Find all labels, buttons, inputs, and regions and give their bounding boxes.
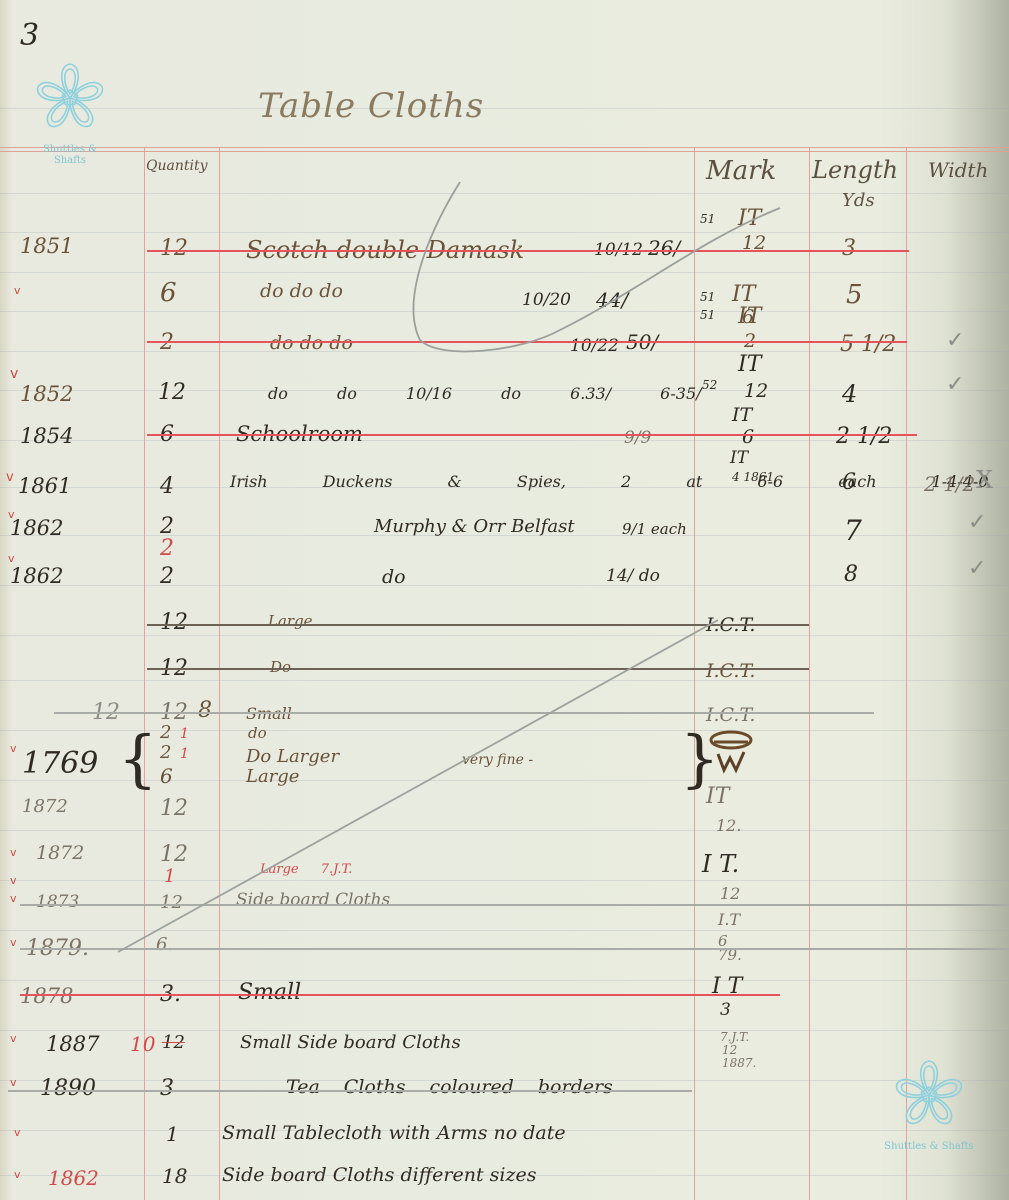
ruling	[0, 272, 1009, 273]
check-mark-icon: v	[10, 936, 17, 949]
column-header-length: Length	[812, 156, 898, 184]
column-header-mark: Mark	[706, 156, 776, 186]
cross-mark-icon: X	[976, 466, 993, 494]
entry-mark-number: 12	[720, 884, 740, 903]
entry-width: 2 1/2	[924, 472, 975, 496]
check-mark-icon: v	[14, 284, 21, 297]
strikethrough	[20, 948, 1009, 950]
entry-description: Side board Cloths different sizes	[222, 1164, 536, 1186]
entry-length: 5 1/2	[840, 332, 896, 357]
entry-description: do	[248, 724, 267, 742]
crest-mark-icon	[708, 730, 768, 776]
entry-year: 1890	[40, 1076, 96, 1101]
strikethrough	[147, 668, 809, 670]
check-mark-icon: v	[14, 1168, 21, 1181]
entry-quantity: 2	[160, 742, 171, 763]
entry-mark: 7.J.T.	[720, 1030, 749, 1044]
entry-length: 6	[842, 470, 856, 495]
entry-quantity: 3	[160, 1076, 174, 1101]
entry-description: Side board Cloths	[236, 890, 390, 910]
entry-description: do do 10/16 do 6.33/ 6-35/	[268, 384, 702, 403]
entry-quantity: 6	[160, 278, 177, 308]
width-check-mark-icon: ✓	[968, 510, 986, 535]
column-rule-quantity-right	[219, 147, 220, 1200]
entry-description: do do do	[260, 280, 343, 302]
entry-length: 4	[842, 380, 857, 408]
entry-mark: I.C.T.	[706, 660, 755, 682]
width-check-mark-icon: ✓	[968, 556, 986, 581]
entry-price: 9/1 each	[622, 520, 687, 538]
ruling	[0, 680, 1009, 681]
entry-mark-prefix: 51	[700, 290, 715, 304]
ruling	[0, 635, 1009, 636]
entry-length: 3	[842, 236, 856, 261]
entry-quantity: 18	[162, 1164, 187, 1188]
entry-mark-number: 12 1887.	[722, 1044, 752, 1070]
strikethrough	[20, 904, 1009, 906]
entry-quantity-correction: 1	[164, 866, 175, 887]
entry-price: 9/9	[624, 428, 651, 448]
entry-description: Tea Cloths coloured borders	[286, 1076, 613, 1098]
entry-year: 1769	[22, 746, 98, 781]
entry-year: 1872	[36, 842, 84, 864]
entry-mark-prefix: 51	[700, 212, 715, 226]
entry-description: Large 7.J.T.	[260, 862, 352, 877]
entry-quantity: 12	[160, 892, 183, 913]
entry-description: Small	[238, 980, 301, 1005]
check-mark-icon: v	[10, 366, 18, 382]
column-rule-width-left	[906, 147, 907, 1200]
entry-note: very fine -	[462, 752, 533, 768]
strikethrough	[20, 994, 780, 996]
column-header-length-unit: Yds	[842, 190, 875, 211]
check-mark-icon: v	[10, 742, 17, 755]
entry-year: 1852	[20, 382, 73, 406]
strikethrough	[147, 250, 909, 252]
ruling	[0, 311, 1009, 312]
entry-year: 1872	[22, 796, 68, 817]
entry-description: Small Tablecloth with Arms no date	[222, 1122, 566, 1144]
entry-quantity: 2	[160, 564, 174, 589]
column-header-width: Width	[928, 158, 988, 182]
entry-mark: IT	[732, 404, 752, 426]
watermark-text: Shuttles & Shafts	[884, 1141, 974, 1152]
entry-quantity-correction: 1	[180, 746, 189, 762]
entry-quantity: 12	[160, 236, 188, 261]
width-check-mark-icon: ✓	[946, 328, 964, 353]
entry-quantity: 12	[160, 796, 188, 821]
entry-description: Do Larger	[246, 746, 339, 767]
entry-size: 10/20	[522, 290, 571, 310]
ledger-page: Shuttles & Shafts Shuttles & Shafts 3 Ta…	[0, 0, 1009, 1200]
entry-mark: IT	[730, 448, 748, 468]
entry-description: do do do	[270, 332, 353, 354]
watermark-logo-top: Shuttles & Shafts	[26, 58, 114, 166]
entry-length: 2 1/2	[836, 424, 892, 449]
entry-quantity-correction: 10	[130, 1032, 155, 1056]
entry-quantity: 1	[166, 1122, 179, 1146]
check-mark-icon: v	[14, 1126, 21, 1139]
watermark-logo-bottom: Shuttles & Shafts	[884, 1055, 974, 1152]
strikethrough	[147, 341, 907, 343]
knot-logo-icon	[30, 58, 110, 138]
entry-mark: I T.	[702, 850, 739, 878]
entry-quantity: 2	[160, 722, 171, 743]
entry-mark: IT	[706, 784, 729, 809]
entry-description: Small Side board Cloths	[240, 1032, 461, 1053]
strikethrough	[8, 1090, 692, 1092]
entry-mark: I.T	[718, 910, 740, 929]
ruling	[0, 830, 1009, 831]
entry-price: 14/ do	[606, 566, 660, 586]
check-mark-icon: v	[10, 846, 17, 859]
entry-year: 1854	[20, 424, 73, 448]
entry-length: 8	[844, 562, 858, 587]
entry-quantity-correction: 2	[160, 536, 174, 561]
entry-description: Large	[268, 612, 313, 630]
ruling	[0, 232, 1009, 233]
check-mark-icon: v	[10, 1076, 17, 1089]
check-mark-icon: v	[6, 470, 14, 485]
entry-year: 1878	[20, 984, 73, 1008]
entry-quantity: 12	[158, 380, 186, 405]
header-rule	[0, 147, 1009, 148]
column-header-quantity: Quantity	[146, 158, 208, 174]
entry-price: 26/	[648, 236, 680, 260]
entry-mark-number: 3	[720, 1000, 731, 1020]
entry-mark: IT	[738, 304, 761, 329]
column-rule-length-left	[809, 147, 810, 1200]
entry-mark-prefix: 52	[702, 378, 717, 392]
entry-year: 1862	[10, 564, 63, 588]
entry-quantity: 12	[160, 842, 188, 867]
entry-length: 7	[844, 514, 862, 547]
entry-price: 44/	[596, 288, 628, 312]
header-rule	[0, 151, 1009, 152]
check-mark-icon: v	[10, 1032, 17, 1045]
strikethrough	[147, 434, 917, 436]
entry-mark-number: 12	[744, 380, 768, 402]
width-check-mark-icon: ✓	[946, 372, 964, 397]
brace-left: {	[118, 722, 157, 795]
entry-quantity: 4	[160, 474, 174, 499]
ruling	[0, 930, 1009, 931]
check-mark-icon: v	[10, 892, 17, 905]
entry-quantity: 6	[160, 764, 173, 788]
entry-mark: IT	[738, 206, 761, 231]
entry-mark-number: 12.	[716, 816, 741, 835]
entry-mark-prefix: 51	[700, 308, 715, 322]
entry-quantity-correction: 8	[198, 698, 212, 723]
entry-length: 5	[846, 280, 863, 310]
column-rule-mark-left	[694, 147, 695, 1200]
entry-mark-number: 6	[742, 426, 754, 448]
entry-description: Do	[270, 658, 291, 676]
entry-mark: IT	[738, 352, 761, 377]
entry-year: 1887	[46, 1032, 99, 1056]
entry-quantity: 12	[162, 1032, 185, 1053]
ruling	[0, 108, 1009, 109]
ruling	[0, 980, 1009, 981]
entry-description: do	[382, 566, 406, 588]
check-mark-icon: v	[10, 874, 17, 887]
entry-size: 10/22	[570, 336, 619, 356]
knot-logo-icon	[889, 1055, 969, 1135]
page-number: 3	[20, 18, 39, 53]
page-title: Table Cloths	[258, 86, 484, 126]
entry-year: 1873	[36, 892, 79, 912]
watermark-text: Shuttles & Shafts	[26, 144, 114, 166]
entry-description: Irish Duckens & Spies, 2 at 6-6 each 1-4…	[230, 472, 989, 491]
ruling	[0, 1030, 1009, 1031]
entry-description: Large	[246, 766, 299, 787]
entry-quantity: 6.	[156, 934, 173, 955]
entry-year: 1862	[48, 1166, 99, 1190]
entry-year: 1862	[10, 516, 63, 540]
entry-quantity: 12	[160, 610, 188, 635]
strikethrough	[147, 624, 809, 626]
entry-year: 1861	[18, 474, 71, 498]
strikethrough	[54, 712, 874, 714]
entry-quantity-correction: 1	[180, 726, 189, 742]
entry-mark-number: 4 1861	[732, 470, 774, 484]
entry-year: 1851	[20, 234, 73, 258]
ruling	[0, 880, 1009, 881]
entry-description: Murphy & Orr Belfast	[374, 516, 575, 537]
